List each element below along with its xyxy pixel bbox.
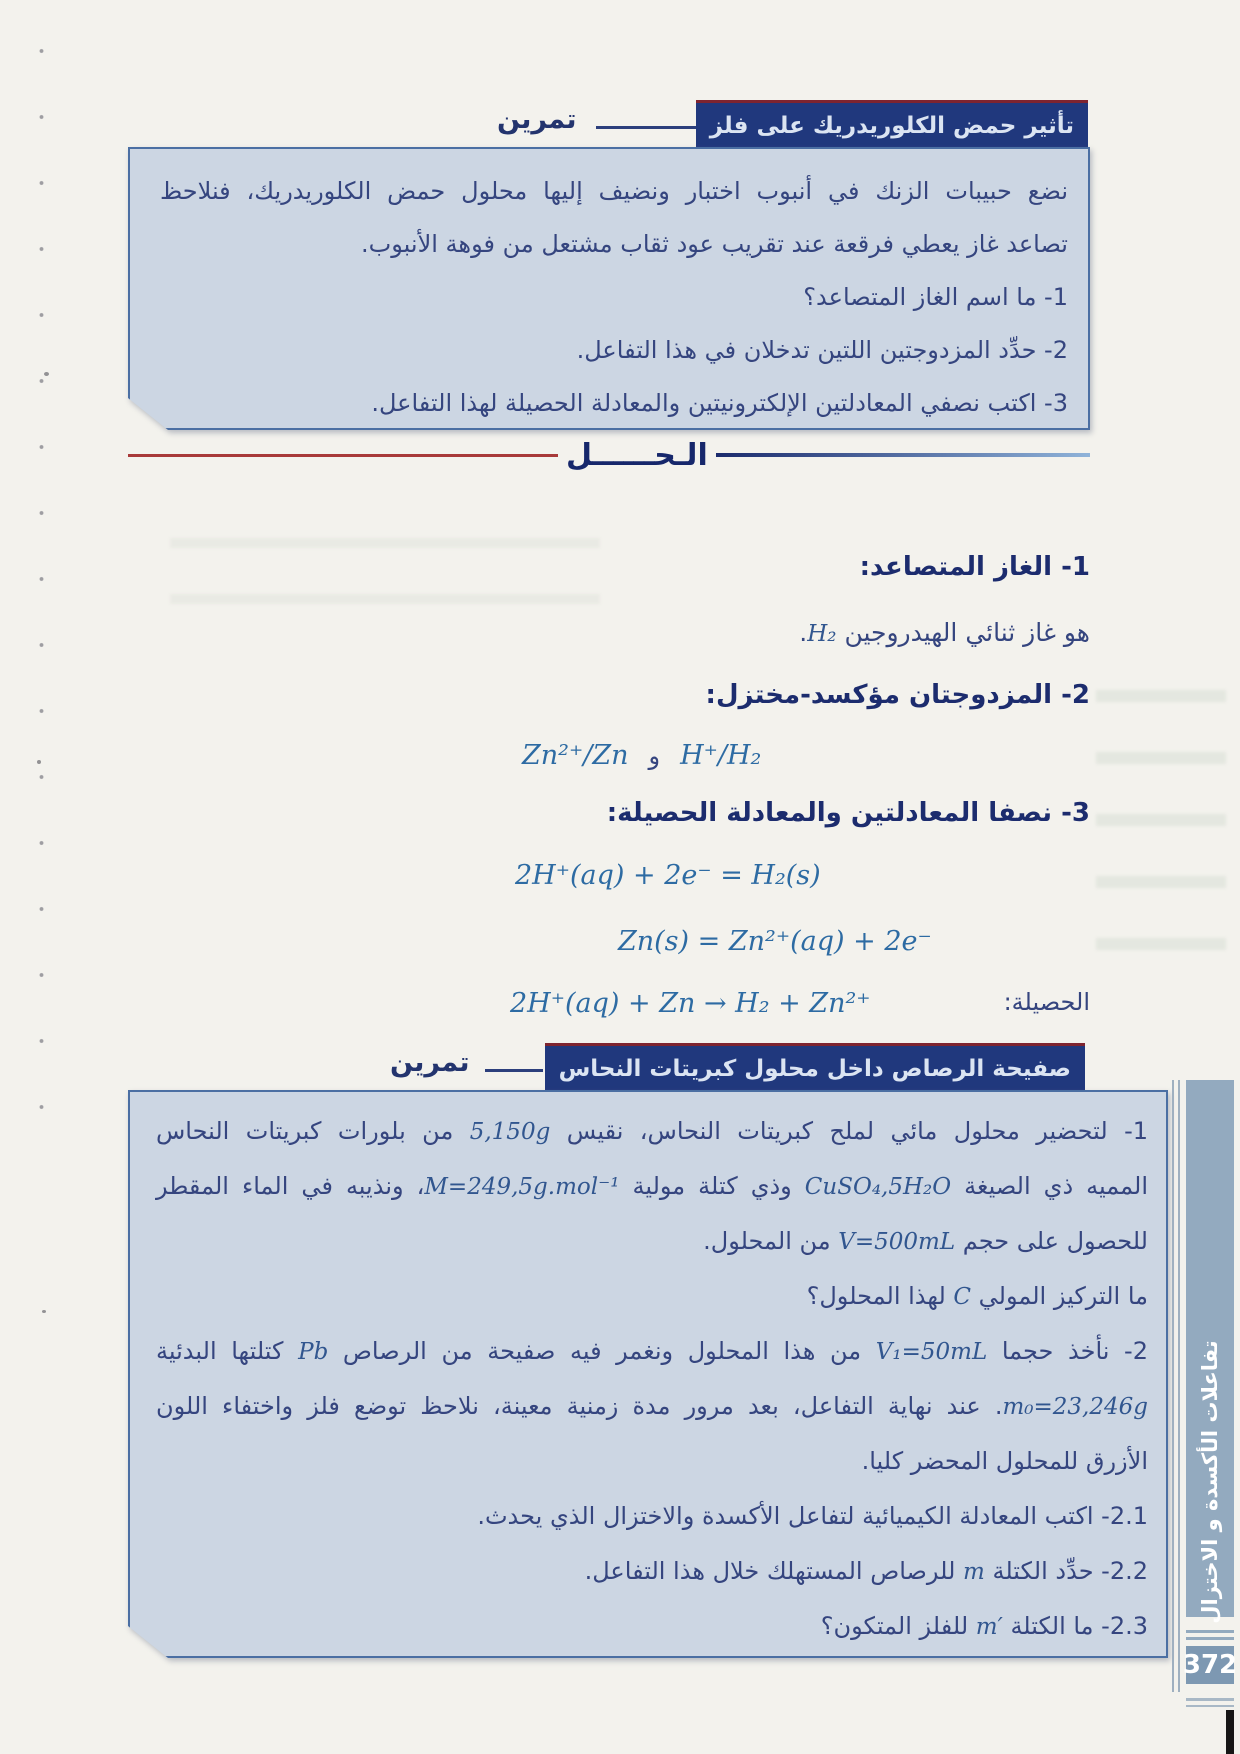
molar-mass-value: M=249,5g.mol⁻¹: [424, 1174, 619, 1200]
exercise7-question-1: 1- ما اسم الغاز المتصاعد؟: [160, 271, 1068, 324]
sidebar-bottom-line: [1186, 1705, 1234, 1707]
scan-artifact-dots: [30, 18, 52, 1148]
divider-line-left: [128, 454, 558, 457]
sidebar-separator-line: [1186, 1630, 1234, 1633]
exercise8-question-2-3: 2.3- ما الكتلة m′ للفلز المتكون؟: [156, 1599, 1148, 1654]
exercise8-question-2-1: 2.1- اكتب المعادلة الكيميائية لتفاعل الأ…: [156, 1489, 1148, 1544]
exercise7-body-line: تصاعد غاز يعطي فرقعة عند تقريب عود ثقاب …: [160, 218, 1068, 271]
exercise7-question-2: 2- حدِّد المزدوجتين اللتين تدخلان في هذا…: [160, 324, 1068, 377]
exercise7-box-wrapper: نضع حبيبات الزنك في أنبوب اختبار ونضيف إ…: [128, 147, 1090, 430]
exercise8-question-1: ما التركيز المولي C لهذا المحلول؟: [156, 1269, 1148, 1324]
bleed-through-smudge: [170, 538, 600, 650]
exercise8-line-3: للحصول على حجم V=500mL من المحلول.: [156, 1214, 1148, 1269]
volume-value: V=500mL: [838, 1229, 955, 1255]
exercise8-line-5: 2- نأخذ حجما V₁=50mL من هذا المحلول ونغم…: [156, 1324, 1148, 1379]
exercise7-question-3: 3- اكتب نصفي المعادلتين الإلكترونيتين وا…: [160, 377, 1068, 430]
text-segment: وذي كتلة مولية: [619, 1172, 804, 1200]
text-segment: من المحلول.: [703, 1227, 838, 1255]
text-segment: 2.2- حدِّد الكتلة: [985, 1557, 1148, 1585]
exercise8-title: صفيحة الرصاص داخل محلول كبريتات النحاس: [559, 1056, 1071, 1082]
answer-text: هو غاز ثنائي الهيدروجين: [837, 618, 1091, 647]
copper-sulfate-formula: CuSO₄,5H₂O: [805, 1174, 951, 1200]
exercise7-label: تمرين: [497, 104, 576, 135]
text-segment: للحصول على حجم: [955, 1227, 1148, 1255]
exercise8-line-1: 1- لتحضير محلول مائي لملح كبريتات النحاس…: [156, 1104, 1148, 1159]
text-segment: ما التركيز المولي: [971, 1282, 1148, 1310]
formed-mass-symbol: m′: [976, 1614, 1003, 1640]
solution-step2-heading: 2- المزدوجتان مؤكسد-مختزل:: [706, 680, 1090, 710]
solution-step3-heading: 3- نصفا المعادلتين والمعادلة الحصيلة:: [607, 798, 1090, 828]
text-segment: للرصاص المستهلك خلال هذا التفاعل.: [585, 1557, 963, 1585]
textbook-page: تمرين 7 تأثير حمض الكلوريدريك على فلز نض…: [0, 0, 1240, 1754]
exercise8-box: 1- لتحضير محلول مائي لملح كبريتات النحاس…: [128, 1090, 1168, 1658]
text-segment: لهذا المحلول؟: [807, 1282, 954, 1310]
text-segment: من بلورات كبريتات النحاس: [156, 1117, 470, 1145]
exercise8-line-6: m₀=23,246g. عند نهاية التفاعل، بعد مرور …: [156, 1379, 1148, 1434]
half-equation-reduction: 2H⁺(aq) + 2e⁻ = H₂(s): [515, 860, 821, 891]
scan-speck: [44, 372, 49, 376]
sidebar-rule-line: [1178, 1080, 1180, 1692]
text-segment: من هذا المحلول ونغمر فيه صفيحة من الرصاص: [328, 1337, 876, 1365]
mass-value: 5,150g: [470, 1119, 551, 1145]
exercise8-question-2-2: 2.2- حدِّد الكتلة m للرصاص المستهلك خلال…: [156, 1544, 1148, 1599]
sample-volume-value: V₁=50mL: [876, 1339, 987, 1365]
sidebar-rule-line: [1172, 1080, 1174, 1692]
solution-step1-answer: هو غاز ثنائي الهيدروجين H₂.: [799, 618, 1090, 647]
sidebar-bottom-line: [1186, 1698, 1234, 1701]
bleed-through-smudge: [1096, 690, 1226, 962]
exercise7-title-banner: تأثير حمض الكلوريدريك على فلز: [696, 100, 1088, 148]
exercise8-box-wrapper: 1- لتحضير محلول مائي لملح كبريتات النحاس…: [128, 1090, 1168, 1658]
scan-speck: [37, 760, 41, 764]
exercise8-connector-line: [485, 1069, 543, 1072]
sidebar-separator-line: [1186, 1637, 1234, 1640]
exercise7-body-line: نضع حبيبات الزنك في أنبوب اختبار ونضيف إ…: [160, 165, 1068, 218]
exercise8-title-banner: صفيحة الرصاص داخل محلول كبريتات النحاس: [545, 1043, 1085, 1091]
redox-couples: Zn²⁺/Zn و H⁺/H₂: [522, 740, 761, 771]
exercise8-line-7: الأزرق للمحلول المحضر كليا.: [156, 1434, 1148, 1489]
solution-step1-heading: 1- الغاز المتصاعد:: [860, 552, 1090, 582]
divider-line-right: [716, 453, 1090, 457]
text-segment: ، ونذيبه في الماء المقطر: [156, 1172, 424, 1200]
exercise7-title: تأثير حمض الكلوريدريك على فلز: [710, 113, 1074, 139]
arabic-and: و: [648, 742, 660, 770]
zinc-couple-formula: Zn²⁺/Zn: [522, 740, 628, 771]
text-segment: كتلتها البدئية: [156, 1337, 298, 1365]
hydrogen-couple-formula: H⁺/H₂: [680, 740, 761, 771]
half-equation-oxidation: Zn(s) = Zn²⁺(aq) + 2e⁻: [618, 926, 932, 957]
page-number: 372: [1186, 1646, 1234, 1684]
text-segment: للفلز المتكون؟: [821, 1612, 976, 1640]
exercise8-line-2: المميه ذي الصيغة CuSO₄,5H₂O وذي كتلة مول…: [156, 1159, 1148, 1214]
text-segment: 2- نأخذ حجما: [987, 1337, 1148, 1365]
solution-divider: الـحــــــل: [128, 441, 1090, 469]
overall-equation: 2H⁺(aq) + Zn → H₂ + Zn²⁺: [510, 988, 871, 1019]
exercise8-label: تمرين: [390, 1047, 469, 1078]
initial-mass-value: m₀=23,246g: [1002, 1394, 1148, 1420]
solution-title: الـحــــــل: [566, 438, 708, 473]
consumed-mass-symbol: m: [963, 1559, 985, 1585]
concentration-symbol: C: [953, 1284, 971, 1310]
scan-speck: [42, 1310, 46, 1313]
lead-symbol: Pb: [298, 1339, 328, 1365]
text-segment: 2.3- ما الكتلة: [1003, 1612, 1148, 1640]
text-segment: 1- لتحضير محلول مائي لملح كبريتات النحاس…: [550, 1117, 1148, 1145]
hydrogen-formula: H₂: [807, 621, 836, 647]
scan-edge-mark: [1226, 1710, 1234, 1754]
text-segment: المميه ذي الصيغة: [951, 1172, 1148, 1200]
overall-equation-label: الحصيلة:: [1004, 988, 1090, 1016]
exercise7-box: نضع حبيبات الزنك في أنبوب اختبار ونضيف إ…: [128, 147, 1090, 430]
text-segment: . عند نهاية التفاعل، بعد مرور مدة زمنية …: [156, 1392, 1002, 1420]
chapter-title-vertical: تفاعلات الأكسدة و الاختزال: [1198, 1340, 1222, 1623]
